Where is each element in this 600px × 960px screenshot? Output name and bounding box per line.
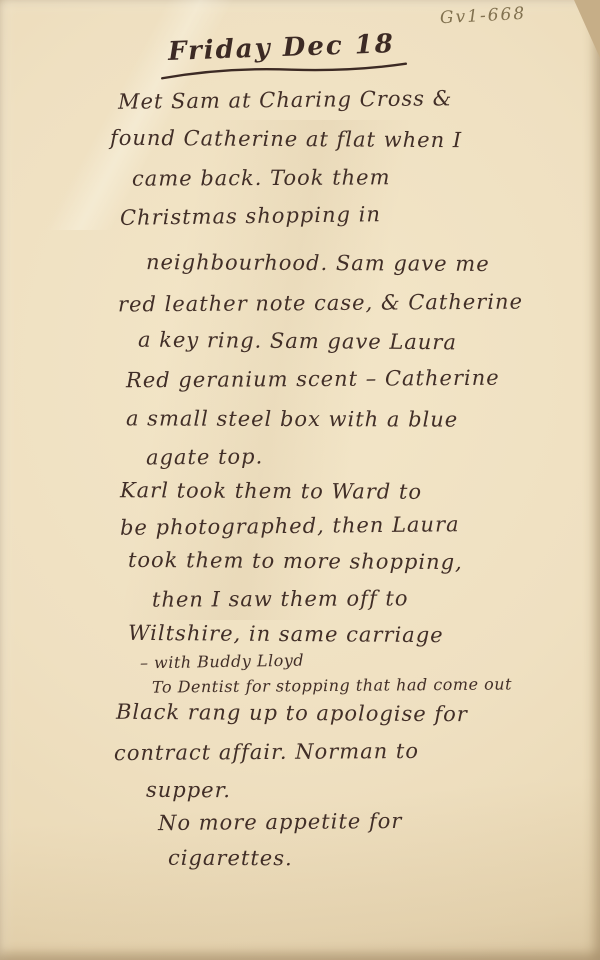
manuscript-line: supper. xyxy=(146,778,231,803)
manuscript-line: then I saw them off to xyxy=(152,586,409,611)
manuscript-line: contract affair. Norman to xyxy=(114,739,419,765)
manuscript-page: Gv1-668 Friday Dec 18 Met Sam at Charing… xyxy=(0,0,600,960)
manuscript-line: Met Sam at Charing Cross & xyxy=(118,86,453,114)
manuscript-line: found Catherine at flat when I xyxy=(110,126,462,153)
manuscript-line: came back. Took them xyxy=(132,165,391,190)
manuscript-line: Red geranium scent – Catherine xyxy=(126,366,500,393)
manuscript-line: Black rang up to apologise for xyxy=(116,700,468,727)
manuscript-line-inserted: To Dentist for stopping that had come ou… xyxy=(152,675,512,697)
manuscript-line: a key ring. Sam gave Laura xyxy=(138,328,457,355)
page-corner-fold xyxy=(574,0,600,58)
manuscript-line: be photographed, then Laura xyxy=(120,512,460,540)
manuscript-line: red leather note case, & Catherine xyxy=(118,290,523,317)
manuscript-line: No more appetite for xyxy=(158,809,403,835)
manuscript-line: Christmas shopping in xyxy=(120,202,381,230)
manuscript-line: neighbourhood. Sam gave me xyxy=(146,250,490,276)
manuscript-line: a small steel box with a blue xyxy=(126,406,458,431)
manuscript-line: cigarettes. xyxy=(168,846,293,871)
manuscript-line: took them to more shopping, xyxy=(128,548,463,574)
manuscript-line: agate top. xyxy=(146,444,263,469)
manuscript-line: Wiltshire, in same carriage xyxy=(128,621,444,647)
manuscript-line: Karl took them to Ward to xyxy=(120,478,422,504)
manuscript-line-inserted: – with Buddy Lloyd xyxy=(140,652,304,673)
archive-mark: Gv1-668 xyxy=(440,4,527,29)
